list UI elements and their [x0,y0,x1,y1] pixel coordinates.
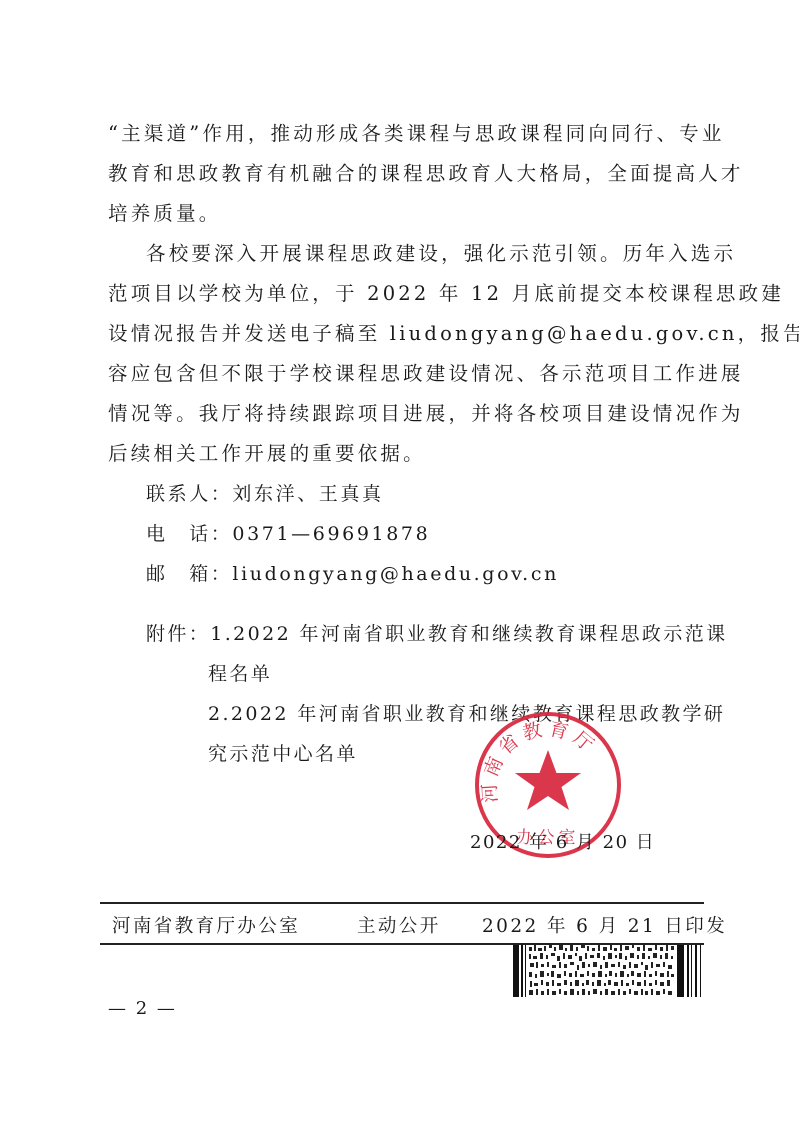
page-number: — 2 — [108,998,177,1019]
paragraph-2-line-3: 设情况报告并发送电子稿至 liudongyang@haedu.gov.cn，报告… [108,322,708,346]
contact-phone-value: 0371—69691878 [232,523,430,545]
paragraph-1-line-3: 培养质量。 [108,202,708,226]
contact-phone-label: 电 话： [146,523,232,545]
footer-issue-date: 2022 年 6 月 21 日印发 [482,912,727,938]
attachment-1-line-1: 附件：1.2022 年河南省职业教育和继续教育课程思政示范课 [146,622,746,646]
attachment-1-title: 1.2022 年河南省职业教育和继续教育课程思政示范课 [210,623,727,645]
contact-email-value[interactable]: liudongyang@haedu.gov.cn [232,563,559,585]
contact-person: 联系人：刘东洋、王真真 [146,482,746,506]
paragraph-2-line-6: 后续相关工作开展的重要依据。 [108,442,708,466]
contact-email-label: 邮 箱： [146,563,232,585]
footer-disclosure: 主动公开 [357,912,441,938]
contact-phone: 电 话：0371—69691878 [146,522,746,546]
barcode-icon [513,945,705,997]
contact-email: 邮 箱：liudongyang@haedu.gov.cn [146,562,746,586]
signature-date: 2022 年 6 月 20 日 [470,832,655,854]
footer-top-rule [100,902,704,904]
contact-person-label: 联系人： [146,483,232,505]
paragraph-1-line-2: 教育和思政教育有机融合的课程思政育人大格局，全面提高人才 [108,162,708,186]
footer-issuer: 河南省教育厅办公室 [112,912,300,938]
footer-info: 河南省教育厅办公室 主动公开 2022 年 6 月 21 日印发 [112,912,702,938]
paragraph-2-line-4: 容应包含但不限于学校课程思政建设情况、各示范项目工作进展 [108,362,708,386]
paragraph-2-line-5: 情况等。我厅将持续跟踪项目进展，并将各校项目建设情况作为 [108,402,708,426]
document-page: “主渠道”作用，推动形成各类课程与思政课程同向同行、专业 教育和思政教育有机融合… [0,0,799,1131]
paragraph-2-line-1: 各校要深入开展课程思政建设，强化示范引领。历年入选示 [146,242,746,266]
paragraph-2-line-2: 范项目以学校为单位，于 2022 年 12 月底前提交本校课程思政建 [108,282,708,306]
attachment-1-line-2: 程名单 [208,662,799,686]
paragraph-1-line-1: “主渠道”作用，推动形成各类课程与思政课程同向同行、专业 [108,122,708,146]
attachments-label: 附件： [146,623,210,645]
contact-person-value: 刘东洋、王真真 [232,483,383,505]
